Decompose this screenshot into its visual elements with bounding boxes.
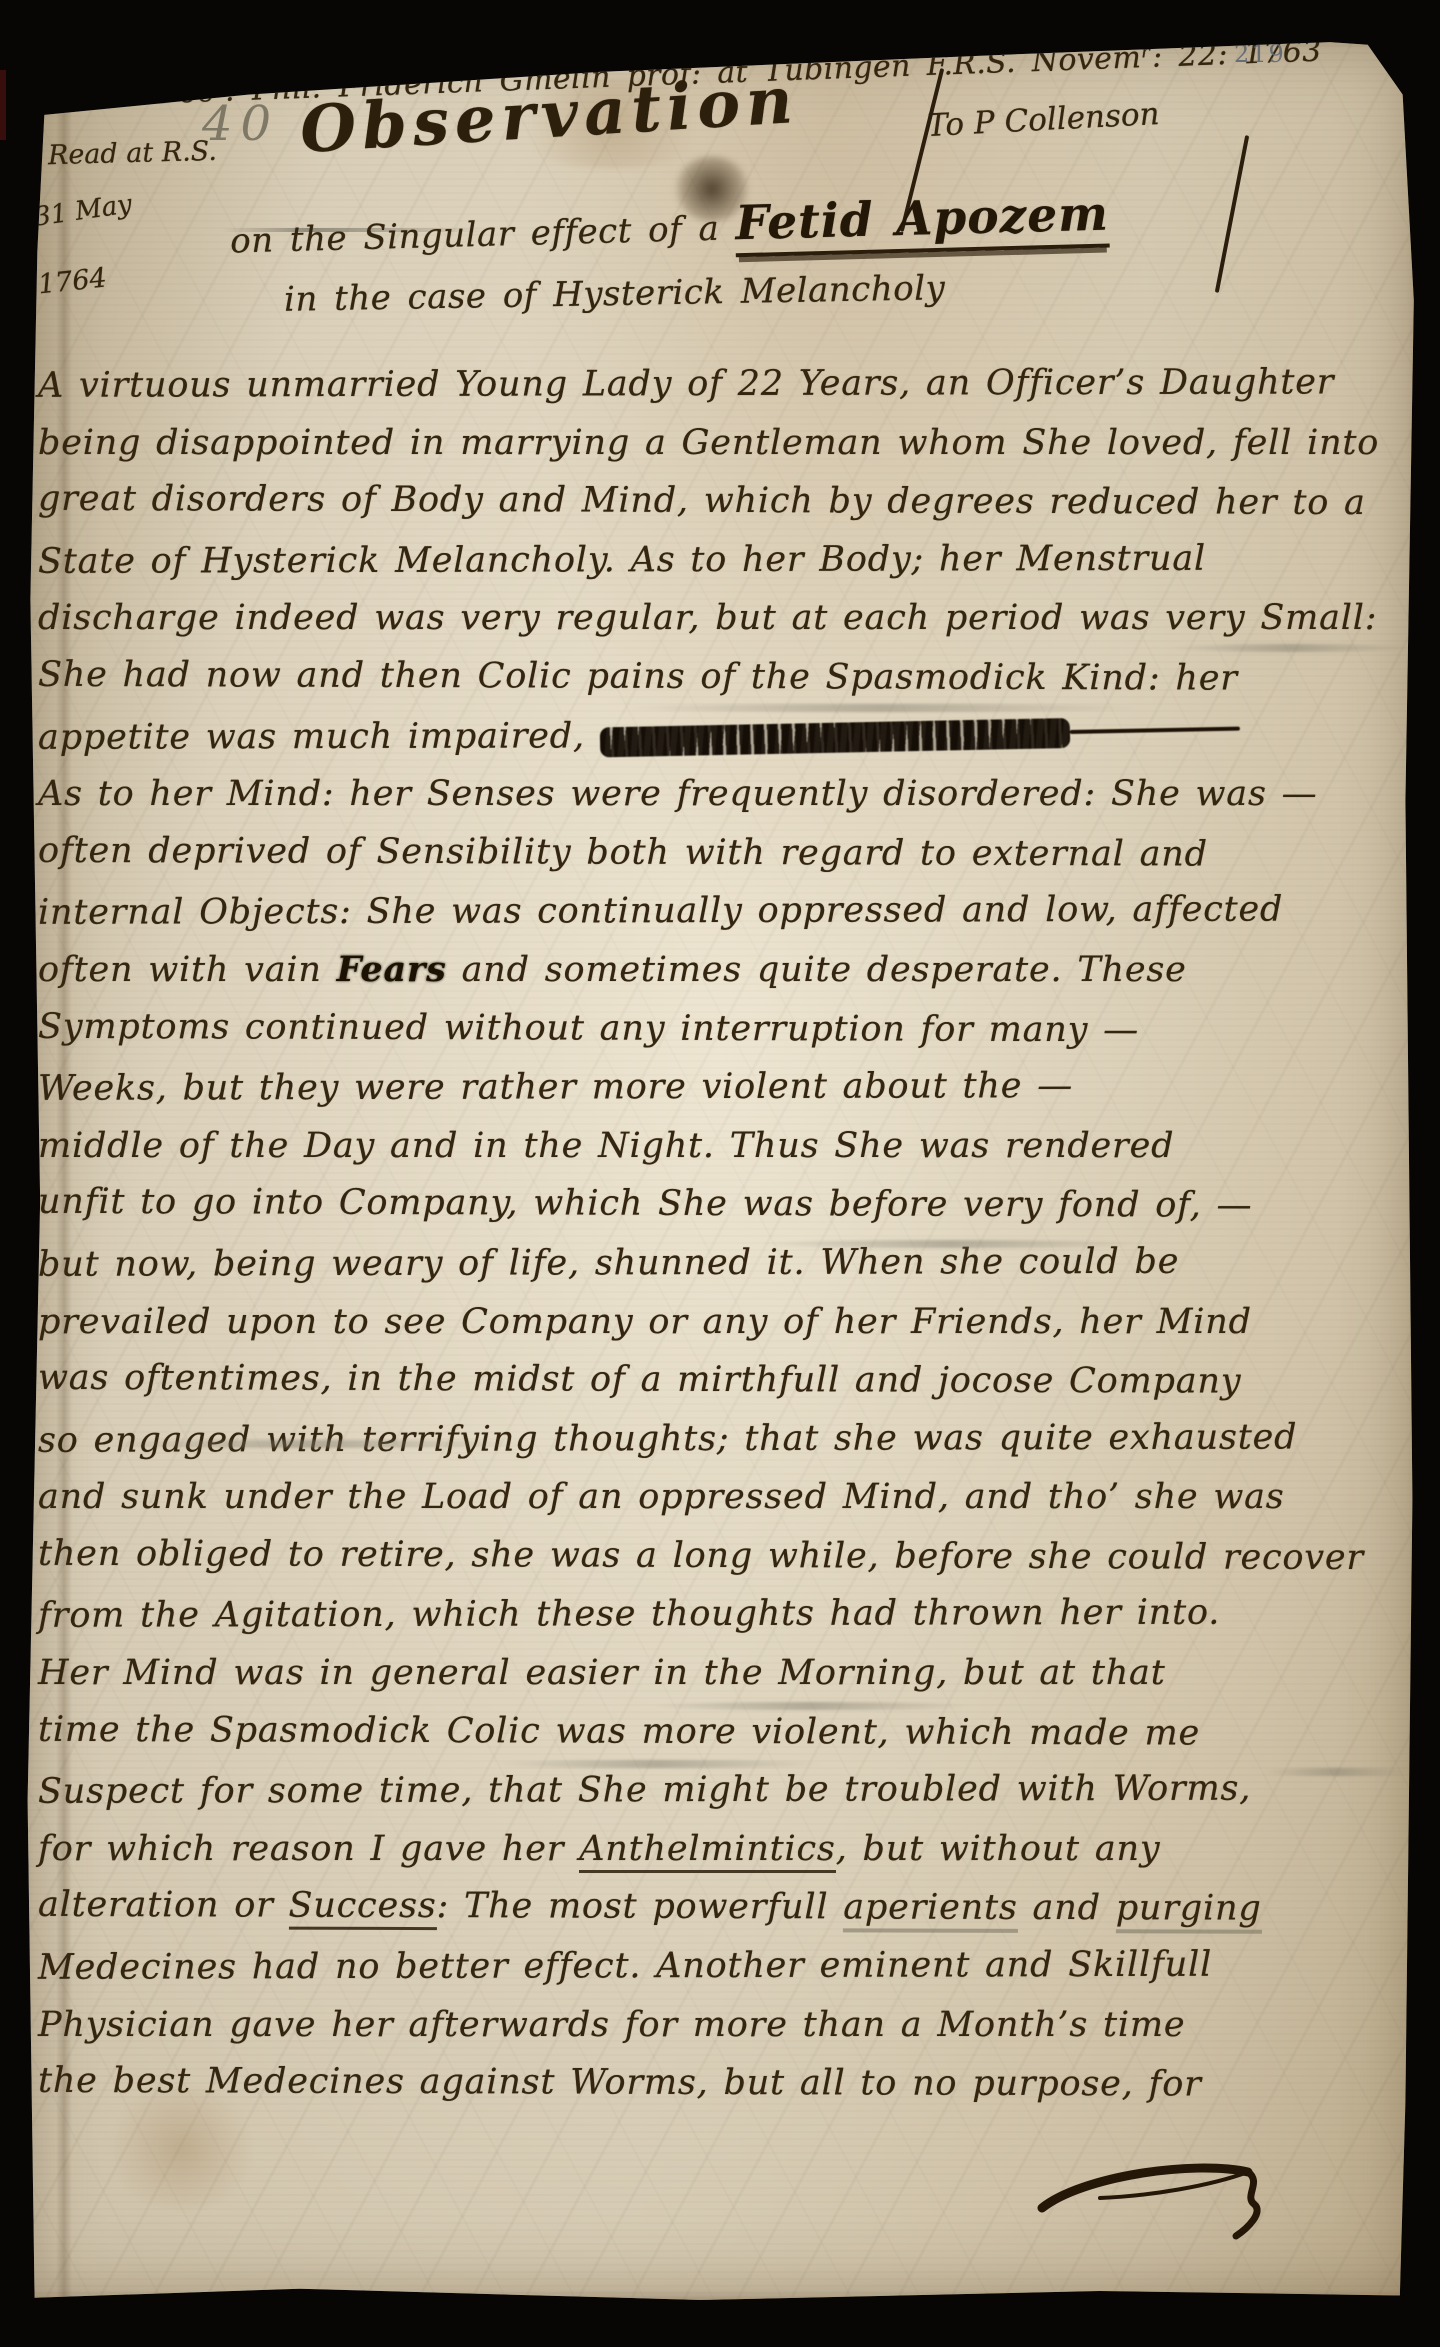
manuscript-line: so engaged with terrifying thoughts; tha… — [38, 1408, 1408, 1470]
manuscript-line: Symptoms continued without any interrupt… — [38, 997, 1408, 1060]
manuscript-line: Physician gave her afterwards for more t… — [38, 1996, 1408, 2055]
manuscript-line: prevailed upon to see Company or any of … — [38, 1293, 1408, 1352]
manuscript-line: internal Objects: She was continually op… — [38, 881, 1408, 943]
manuscript-line: the best Medecines against Worms, but al… — [38, 2052, 1408, 2115]
page-number: 219 — [1234, 40, 1286, 68]
manuscript-line: great disorders of Body and Mind, which … — [38, 470, 1408, 533]
pencil-smudge — [760, 1240, 1140, 1248]
margin-date-day: 31 May — [32, 189, 133, 232]
crossed-out-text — [600, 717, 1071, 756]
manuscript-line: from the Agitation, which these thoughts… — [38, 1584, 1408, 1646]
manuscript-line: State of Hysterick Melancholy. As to her… — [38, 529, 1408, 591]
book-spine-sliver — [0, 70, 6, 140]
title-line-3: in the case of Hysterick Melancholy — [284, 268, 946, 320]
emphasized-word: Anthelmintics — [579, 1829, 835, 1873]
manuscript-line: was oftentimes, in the midst of a mirthf… — [38, 1349, 1408, 1412]
margin-date-year: 1764 — [37, 262, 109, 300]
title-line-2: on the Singular effect of a Fetid Apozem — [229, 187, 1109, 265]
manuscript-line: Weeks, but they were rather more violent… — [38, 1056, 1408, 1118]
manuscript-line: Medecines had no better effect. Another … — [38, 1935, 1408, 1997]
manuscript-line: often deprived of Sensibility both with … — [38, 822, 1408, 885]
pencil-smudge — [622, 704, 1142, 712]
pencil-smudge — [492, 1760, 822, 1768]
header-to-line: To P Collenson — [926, 96, 1160, 144]
manuscript-scan: From Docʳ: Phil: Friderich Gmelin prof: … — [0, 0, 1440, 2347]
manuscript-line: for which reason I gave her Anthelmintic… — [38, 1820, 1408, 1879]
body-lines: A virtuous unmarried Young Lady of 22 Ye… — [38, 355, 1408, 2113]
manuscript-line: She had now and then Colic pains of the … — [38, 646, 1408, 709]
emphasized-word: Success — [288, 1886, 436, 1930]
manuscript-line: middle of the Day and in the Night. Thus… — [38, 1117, 1408, 1176]
emphasized-word: purging — [1116, 1889, 1262, 1934]
manuscript-line: As to her Mind: her Senses were frequent… — [38, 765, 1408, 824]
manuscript-line: being disappointed in marrying a Gentlem… — [38, 414, 1408, 473]
manuscript-page: From Docʳ: Phil: Friderich Gmelin prof: … — [22, 38, 1418, 2300]
pencil-smudge — [102, 1440, 522, 1448]
pencil-smudge — [1172, 644, 1412, 652]
read-at-rs-note: Read at R.S. — [48, 136, 218, 171]
pencil-smudge — [650, 1702, 970, 1710]
manuscript-line: discharge indeed was very regular, but a… — [38, 589, 1408, 648]
manuscript-line: alteration or Success: The most powerful… — [38, 1876, 1408, 1939]
title-line-2-emphasis: Fetid Apozem — [735, 187, 1110, 258]
emphasized-word: aperients — [843, 1888, 1018, 1934]
manuscript-line: Suspect for some time, that She might be… — [38, 1759, 1408, 1821]
page-title: Observation — [298, 63, 800, 168]
manuscript-line: time the Spasmodick Colic was more viole… — [38, 1701, 1408, 1764]
manuscript-line: A virtuous unmarried Young Lady of 22 Ye… — [38, 353, 1408, 415]
pen-flourish — [1215, 135, 1249, 293]
closing-flourish — [1032, 2150, 1292, 2250]
pencil-smudge — [1262, 1768, 1412, 1776]
manuscript-line: often with vain Fears and sometimes quit… — [38, 941, 1408, 1000]
title-line-2-prefix: on the Singular effect of a — [230, 208, 736, 261]
manuscript-line: and sunk under the Load of an oppressed … — [38, 1468, 1408, 1527]
manuscript-line: then obliged to retire, she was a long w… — [38, 1525, 1408, 1588]
manuscript-line: Her Mind was in general easier in the Mo… — [38, 1644, 1408, 1703]
manuscript-line: unfit to go into Company, which She was … — [38, 1173, 1408, 1236]
emphasized-word: Fears — [337, 949, 447, 990]
manuscript-line: but now, being weary of life, shunned it… — [38, 1232, 1408, 1294]
catalog-number: 40 — [202, 96, 279, 152]
manuscript-line: appetite was much impaired, — [38, 705, 1408, 767]
